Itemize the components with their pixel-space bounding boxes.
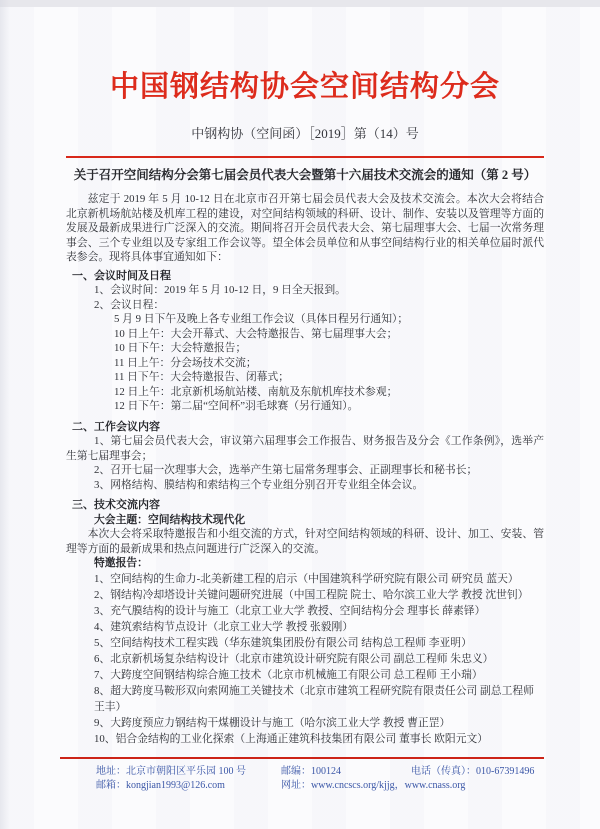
schedule-line: 10 日上午：大会开幕式、大会特邀报告、第七届理事大会；: [114, 327, 544, 342]
schedule-line: 10 日下午：大会特邀报告；: [114, 341, 544, 356]
report-item: 4、建筑索结构节点设计（北京工业大学 教授 张毅刚）: [94, 619, 544, 635]
report-item: 2、钢结构冷却塔设计关键问题研究进展（中国工程院 院士、哈尔滨工业大学 教授 沈…: [94, 587, 544, 603]
doc-number: 中钢构协（空间函）［2019］第（14）号: [66, 126, 544, 142]
report-item: 9、大跨度预应力钢结构干煤棚设计与施工（哈尔滨工业大学 教授 曹正罡）: [94, 715, 544, 731]
schedule-line: 11 日上午：分会场技术交流；: [114, 356, 544, 371]
section-heading-work: 二、工作会议内容: [72, 420, 544, 435]
report-item: 8、超大跨度马鞍形双向索网施工关键技术（北京市建筑工程研究院有限责任公司 副总工…: [94, 683, 544, 715]
work-item: 3、网格结构、膜结构和索结构三个专业组分别召开专业组全体会议。: [66, 478, 544, 493]
footer-website: 网址：www.cncscs.org/kjjg，www.cnass.org: [281, 779, 544, 793]
header-divider: [66, 156, 544, 158]
schedule-line: 11 日下午：大会特邀报告、闭幕式；: [114, 370, 544, 385]
footer-postcode: 邮编：100124: [281, 765, 411, 779]
document-content: 中国钢结构协会空间结构分会 中钢构协（空间函）［2019］第（14）号 关于召开…: [66, 0, 544, 793]
schedule-line: 5 月 9 日下午及晚上各专业组工作会议（具体日程另行通知）；: [114, 312, 544, 327]
intro-paragraph: 兹定于 2019 年 5 月 10-12 日在北京市召开第七届会员代表大会及技术…: [66, 192, 544, 265]
footer-divider: [60, 757, 544, 760]
footer: 地址：北京市朝阳区平乐园 100 号 邮编：100124 电话（传真）：010-…: [66, 765, 544, 793]
report-item: 10、铝合金结构的工业化探索（上海通正建筑科技集团有限公司 董事长 欧阳元文）: [94, 731, 544, 747]
meeting-time-item: 1、会议时间：2019 年 5 月 10-12 日，9 日全天报到。: [94, 283, 544, 298]
scan-left-edge: [0, 0, 10, 829]
section-heading-technical: 三、技术交流内容: [72, 498, 544, 513]
notice-title: 关于召开空间结构分会第七届会员代表大会暨第十六届技术交流会的通知（第 2 号）: [66, 167, 544, 183]
work-item: 1、第七届会员代表大会，审议第六届理事会工作报告、财务报告及分会《工作条例》，选…: [66, 434, 544, 463]
footer-email: 邮箱：kongjian1993@126.com: [96, 779, 281, 793]
meeting-agenda-item: 2、会议日程：: [94, 298, 544, 313]
report-item: 6、北京新机场复杂结构设计（北京市建筑设计研究院有限公司 副总工程师 朱忠义）: [94, 651, 544, 667]
work-item: 2、召开七届一次理事大会，选举产生第七届常务理事会、正副理事长和秘书长；: [66, 463, 544, 478]
section-heading-schedule: 一、会议时间及日程: [72, 269, 544, 284]
report-item: 1、空间结构的生命力-北美新建工程的启示（中国建筑科学研究院有限公司 研究员 蓝…: [94, 571, 544, 587]
report-item: 5、空间结构技术工程实践（华东建筑集团股份有限公司 结构总工程师 李亚明）: [94, 635, 544, 651]
reports-label: 特邀报告：: [94, 556, 544, 571]
exchange-description: 本次大会将采取特邀报告和小组交流的方式，针对空间结构领域的科研、设计、加工、安装…: [66, 527, 544, 556]
association-title: 中国钢结构协会空间结构分会: [66, 70, 544, 104]
footer-phone: 电话（传真）：010-67391496: [411, 765, 544, 779]
report-item: 3、充气膜结构的设计与施工（北京工业大学 教授、空间结构分会 理事长 薛素铎）: [94, 603, 544, 619]
footer-address: 地址：北京市朝阳区平乐园 100 号: [96, 765, 281, 779]
schedule-line: 12 日上午：北京新机场航站楼、南航及东航机库技术参观；: [114, 385, 544, 400]
conference-theme: 大会主题：空间结构技术现代化: [94, 513, 544, 528]
schedule-line: 12 日下午：第二届“空间杯”羽毛球赛（另行通知）。: [114, 399, 544, 414]
report-item: 7、大跨度空间钢结构综合施工技术（北京市机械施工有限公司 总工程师 王小瑞）: [94, 667, 544, 683]
document-page: 中国钢结构协会空间结构分会 中钢构协（空间函）［2019］第（14）号 关于召开…: [0, 0, 600, 829]
